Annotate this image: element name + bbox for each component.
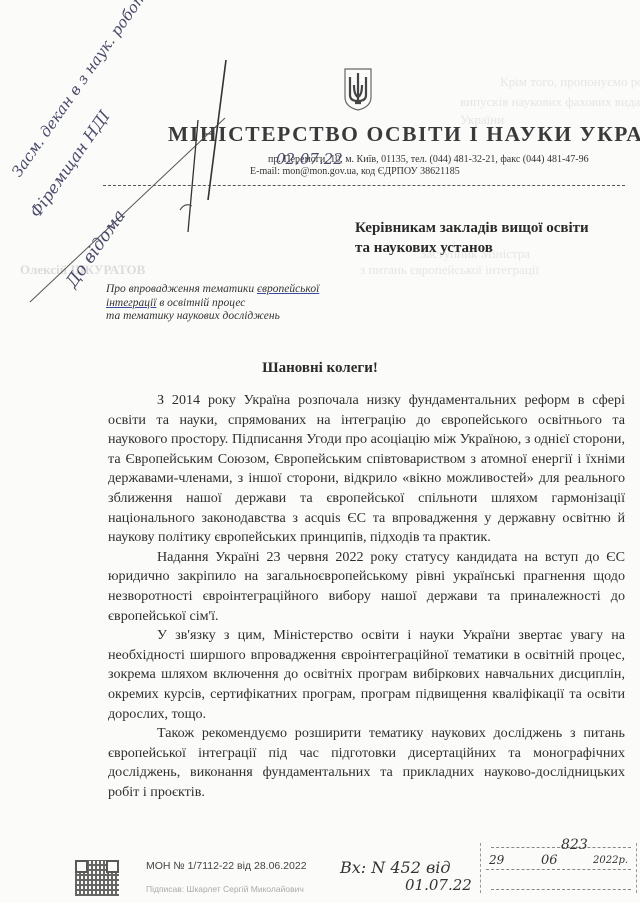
document-reference: МОН № 1/7112-22 від 28.06.2022 xyxy=(146,860,307,872)
stamp-year: 2022р. xyxy=(593,855,628,866)
handwritten-incoming-date: 01.07.22 xyxy=(405,876,472,894)
qr-code xyxy=(75,860,119,896)
stamp-line xyxy=(486,869,631,870)
stamp-day: 29 xyxy=(489,853,504,867)
handwritten-signature-date: 02.07.22 xyxy=(276,150,343,168)
body-paragraph: З 2014 року Україна розпочала низку фунд… xyxy=(108,391,625,548)
stamp-number: 823 xyxy=(561,837,588,853)
handwritten-incoming-reg: Вх: N 452 від xyxy=(340,858,451,877)
signed-by: Підписав: Шкарлет Сергій Миколайович xyxy=(146,884,304,894)
body-paragraph: У зв'язку з цим, Міністерство освіти і н… xyxy=(108,626,625,724)
letter-body: З 2014 року Україна розпочала низку фунд… xyxy=(108,391,625,802)
body-paragraph: Також рекомендуємо розширити тематику на… xyxy=(108,724,625,802)
stamp-line xyxy=(491,889,631,890)
stamp-month: 06 xyxy=(541,853,558,868)
registration-stamp: 823 29 06 2022р. xyxy=(480,843,637,893)
body-paragraph: Надання Україні 23 червня 2022 року стат… xyxy=(108,548,625,626)
greeting: Шановні колеги! xyxy=(0,360,640,377)
